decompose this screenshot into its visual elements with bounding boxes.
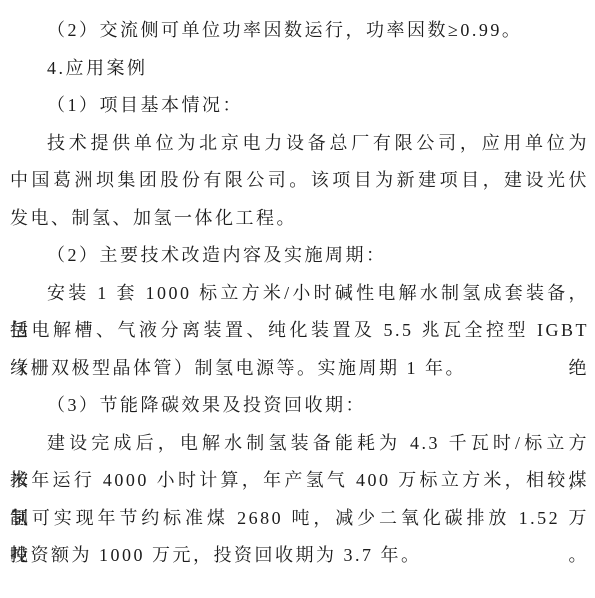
subsection-heading: （1）项目基本情况： <box>10 87 589 125</box>
text-line: 按年运行 4000 小时计算，年产氢气 400 万标立方米，相较煤制 <box>10 462 589 500</box>
text-line: 技术提供单位为北京电力设备总厂有限公司，应用单位为 <box>10 125 589 163</box>
text-line: 氢可实现年节约标准煤 2680 吨，减少二氧化碳排放 1.52 万吨。 <box>10 500 589 538</box>
subsection-heading: （3）节能降碳效果及投资回收期： <box>10 387 589 425</box>
text-line: 建设完成后，电解水制氢装备能耗为 4.3 千瓦时/标立方米， <box>10 425 589 463</box>
text-line: 括电解槽、气液分离装置、纯化装置及 5.5 兆瓦全控型 IGBT（绝 <box>10 312 589 350</box>
document-page: （2）交流侧可单位功率因数运行，功率因数≥0.99。 4.应用案例 （1）项目基… <box>0 0 595 598</box>
text-line: （2）交流侧可单位功率因数运行，功率因数≥0.99。 <box>10 12 589 50</box>
text-line: 发电、制氢、加氢一体化工程。 <box>10 200 589 238</box>
text-line: 安装 1 套 1000 标立方米/小时碱性电解水制氢成套装备，包 <box>10 275 589 313</box>
subsection-heading: （2）主要技术改造内容及实施周期： <box>10 237 589 275</box>
section-heading: 4.应用案例 <box>10 50 589 88</box>
text-line: 中国葛洲坝集团股份有限公司。该项目为新建项目，建设光伏 <box>10 162 589 200</box>
